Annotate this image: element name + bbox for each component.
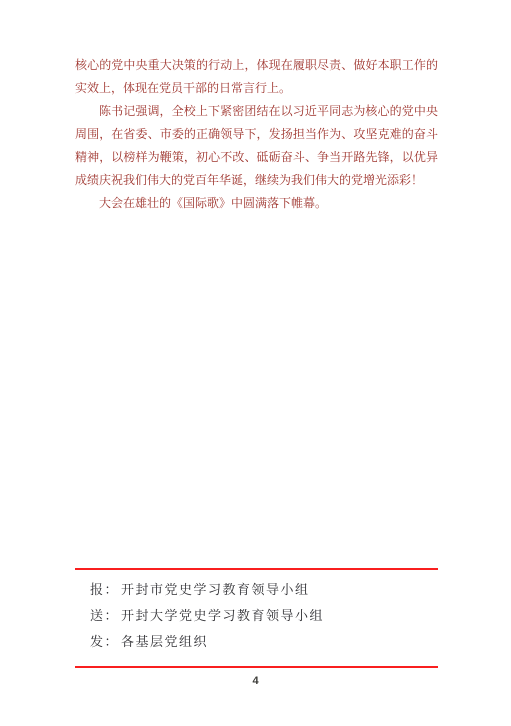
distribution-label: 报： (90, 582, 119, 597)
distribution-line-report: 报：开封市党史学习教育领导小组 (90, 577, 430, 603)
distribution-label: 送： (90, 608, 119, 623)
document-page: 核心的党中央重大决策的行动上，体现在履职尽责、做好本职工作的实效上，体现在党员干… (0, 0, 511, 726)
distribution-label: 发： (90, 634, 119, 649)
distribution-value: 开封市党史学习教育领导小组 (121, 582, 310, 597)
distribution-line-issue: 发：各基层党组织 (90, 629, 430, 655)
paragraph: 大会在雄壮的《国际歌》中圆满落下帷幕。 (75, 192, 438, 215)
paragraph: 陈书记强调，全校上下紧密团结在以习近平同志为核心的党中央周围，在省委、市委的正确… (75, 100, 438, 192)
page-number: 4 (0, 675, 511, 687)
distribution-value: 开封大学党史学习教育领导小组 (121, 608, 324, 623)
document-body: 核心的党中央重大决策的行动上，体现在履职尽责、做好本职工作的实效上，体现在党员干… (75, 54, 438, 215)
distribution-list: 报：开封市党史学习教育领导小组 送：开封大学党史学习教育领导小组 发：各基层党组… (90, 577, 430, 655)
paragraph-continuation: 核心的党中央重大决策的行动上，体现在履职尽责、做好本职工作的实效上，体现在党员干… (75, 54, 438, 100)
footer-bottom-rule (75, 666, 438, 668)
distribution-value: 各基层党组织 (121, 634, 208, 649)
distribution-line-send: 送：开封大学党史学习教育领导小组 (90, 603, 430, 629)
footer-top-rule (75, 568, 438, 570)
